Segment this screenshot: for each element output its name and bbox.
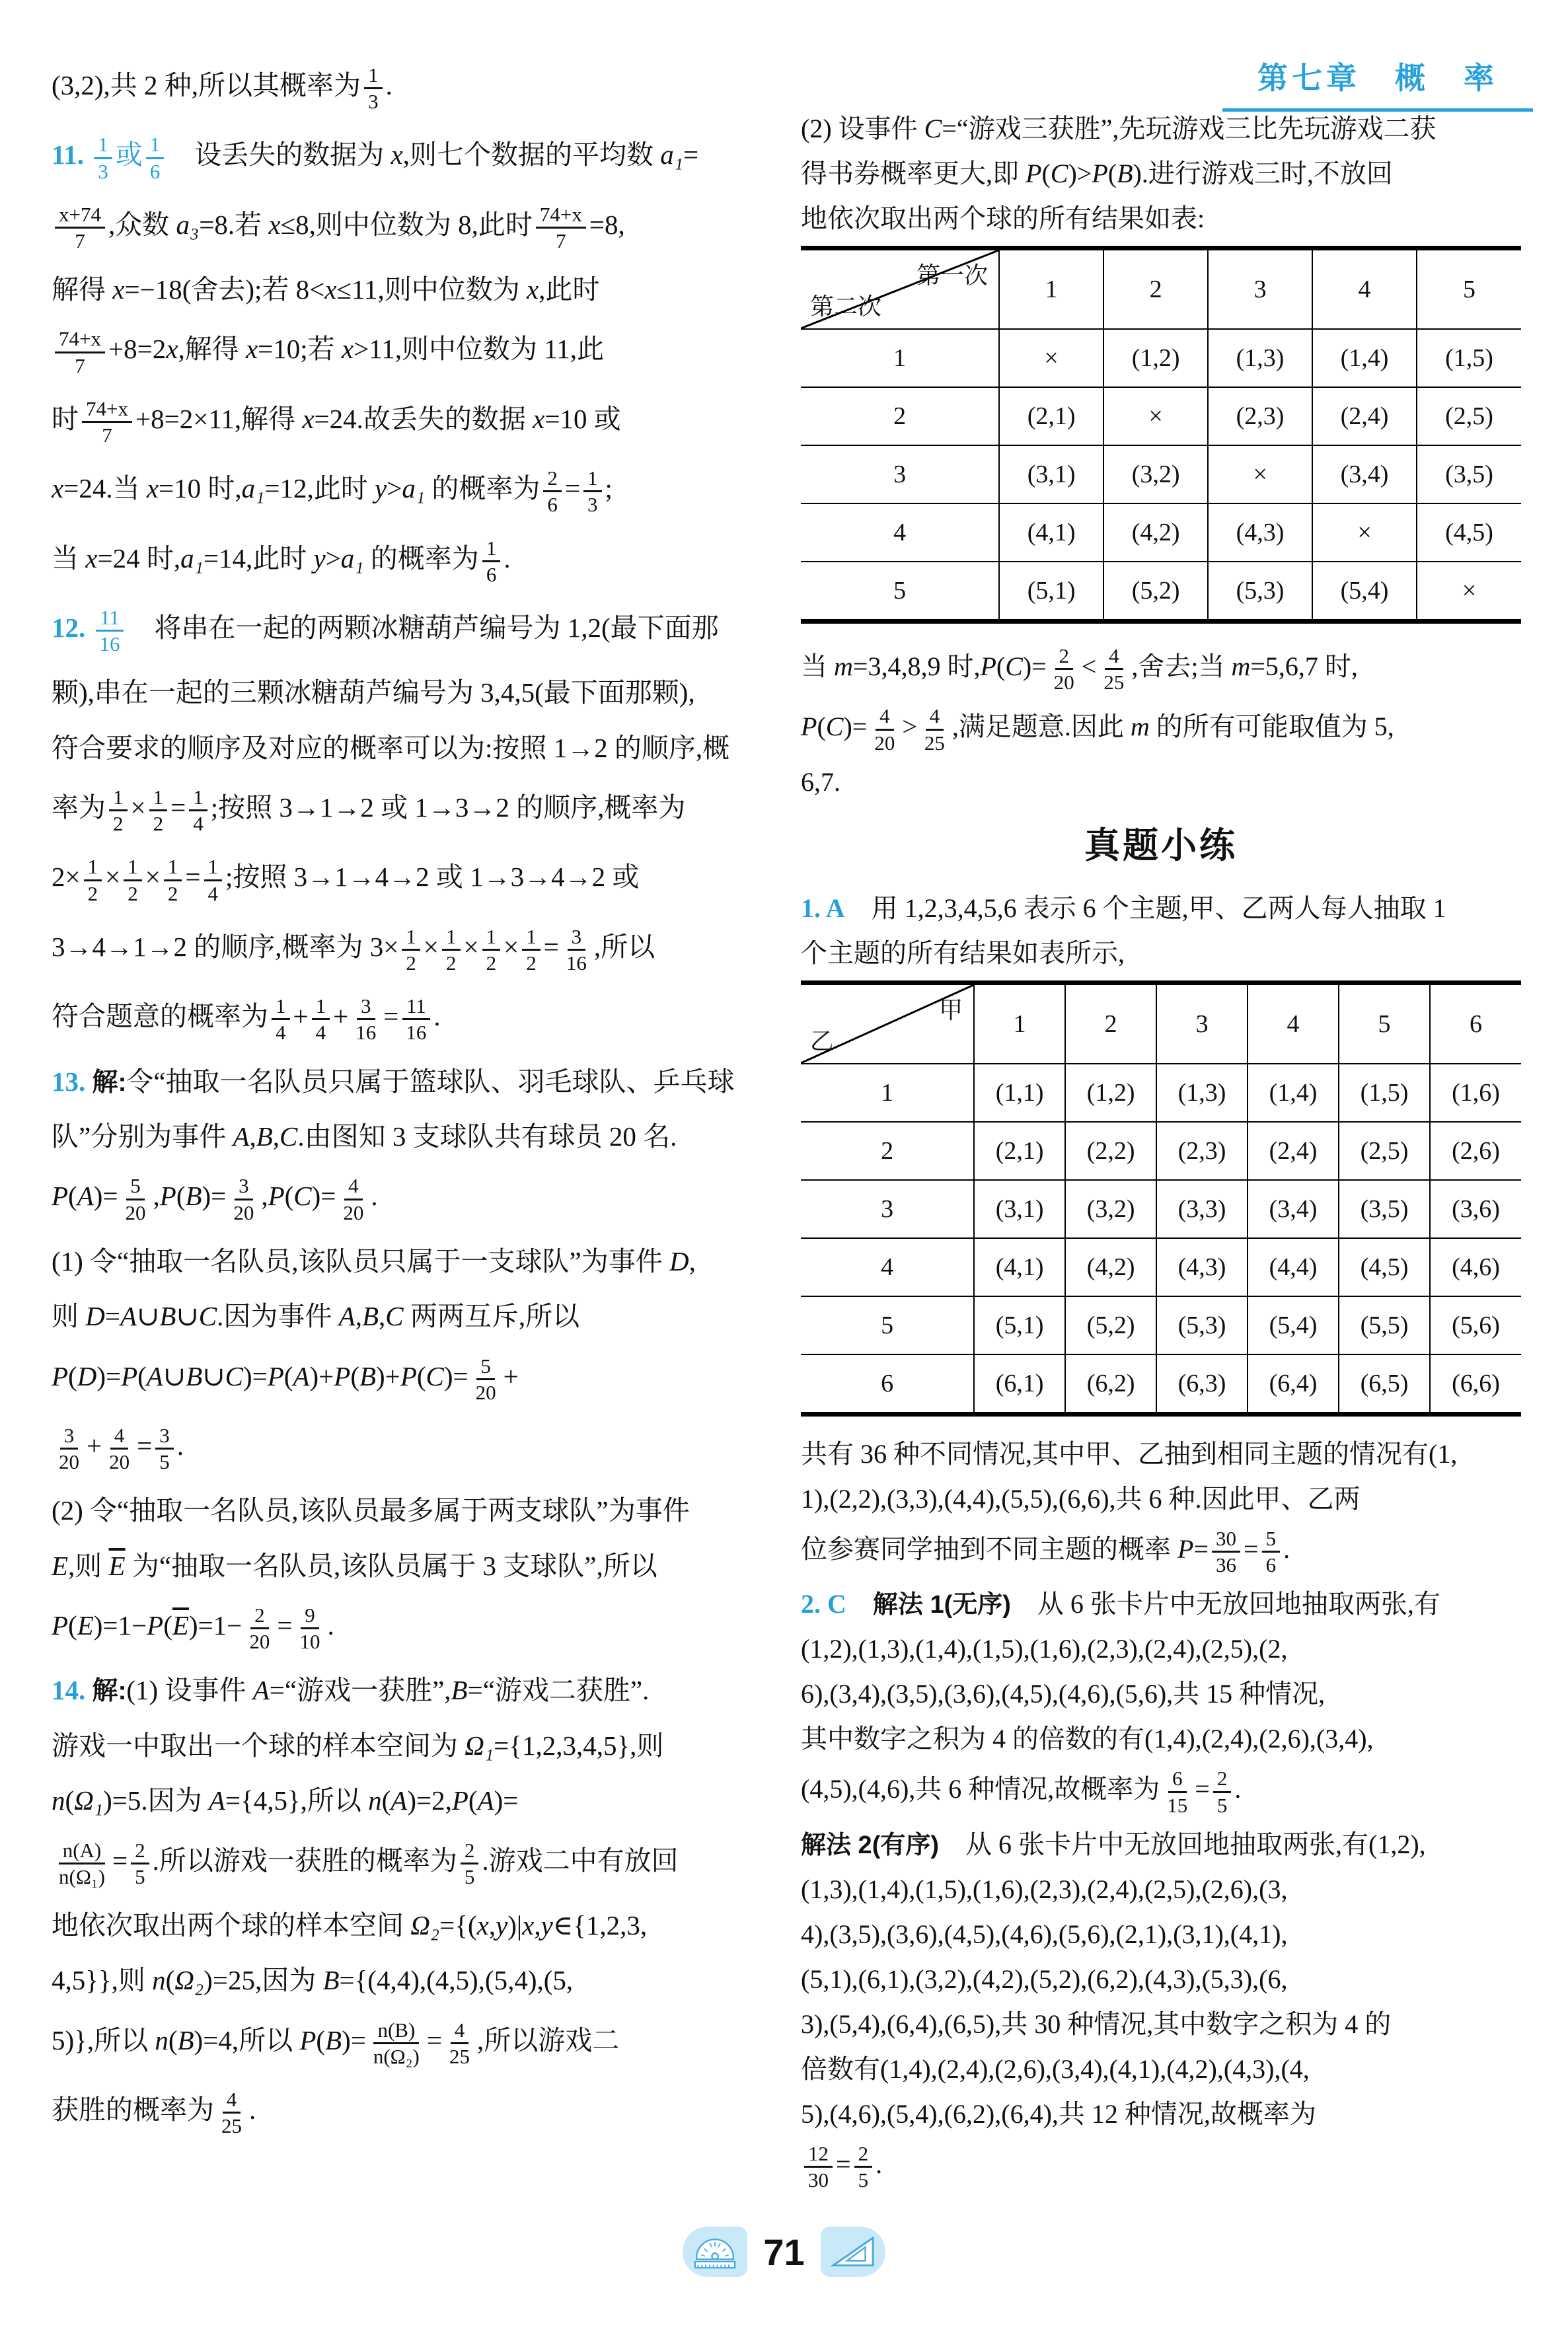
outcome-cell: (3,3) <box>1156 1180 1248 1238</box>
fraction: 320 <box>229 1173 258 1224</box>
text-segment: ∪ <box>163 1361 186 1391</box>
text-segment: 5)},所以 <box>52 2025 155 2055</box>
text-segment: >11,则中位数为 11,此 <box>354 334 604 365</box>
math-text: E <box>77 1610 94 1641</box>
text-segment: , <box>273 1121 280 1152</box>
text-segment: )= <box>96 1361 121 1391</box>
outcome-cell: (6,6) <box>1430 1354 1521 1415</box>
text-segment: (2) 设事件 <box>801 114 924 143</box>
text-segment: 位参赛同学抽到不同主题的概率 <box>801 1534 1177 1564</box>
outcome-cell: (2,4) <box>1312 387 1417 445</box>
fraction: 316 <box>562 924 591 975</box>
math-text: P <box>147 1610 163 1641</box>
text-line: x+747,众数 a₃=8.若 x≤8,则中位数为 8,此时74+x7=8, <box>52 202 768 253</box>
outcome-cell: (5,1) <box>999 562 1103 622</box>
outcome-cell: (6,1) <box>974 1354 1065 1415</box>
math-text: B <box>325 2025 342 2055</box>
math-text: B <box>256 1121 273 1152</box>
text-segment: =“游戏二获胜”. <box>468 1675 650 1705</box>
text-line: 则 D=A∪B∪C.因为事件 A,B,C 两两互斥,所以 <box>52 1298 768 1335</box>
right-column: (2) 设事件 C=“游戏三获胜”,先玩游戏三比先玩游戏二获得书券概率更大,即 … <box>801 111 1521 2201</box>
text-segment: 3→4→1→2 的顺序,概率为 3× <box>52 932 398 962</box>
fraction: 74+x7 <box>82 396 132 447</box>
text-segment: .游戏二中有放回 <box>482 1845 678 1876</box>
text-line: 当 x=24 时,a₁=14,此时 y>a₁ 的概率为16. <box>52 536 768 587</box>
text-segment: )= <box>843 712 867 741</box>
text-segment: =“游戏三获胜”,先玩游戏三比先玩游戏二获 <box>942 114 1436 143</box>
math-text: x <box>342 334 354 365</box>
corner-top-label: 第一次 <box>916 257 988 291</box>
text-segment: ={1,2,3,4,5},则 <box>494 1730 663 1761</box>
fraction: 35 <box>155 1423 174 1474</box>
text-segment: )=1− <box>94 1610 147 1641</box>
math-text: P <box>452 1785 468 1816</box>
text-line: 4),(3,5),(3,6),(4,5),(4,6),(5,6),(2,1),(… <box>801 1917 1521 1952</box>
fraction: 74+x7 <box>536 202 586 253</box>
text-segment: 游戏一中取出一个球的样本空间为 <box>52 1730 465 1761</box>
text-line: (4,5),(4,6),共 6 种情况,故概率为615=25. <box>801 1766 1521 1817</box>
triangle-ruler-icon <box>821 2227 885 2277</box>
text-segment: ( <box>166 1965 175 1995</box>
outcome-cell: (5,2) <box>1103 562 1208 622</box>
text-segment: ( <box>316 2025 325 2055</box>
column-header: 4 <box>1248 982 1339 1064</box>
outcome-cell: (2,2) <box>1065 1122 1156 1180</box>
text-segment: )| <box>507 1910 522 1940</box>
outcome-cell: (2,1) <box>974 1122 1065 1180</box>
text-segment: 其中数字之积为 4 的倍数的有(1,4),(2,4),(2,6),(3,4), <box>801 1724 1374 1753</box>
protractor-icon <box>683 2227 747 2277</box>
math-text: A <box>293 1361 309 1391</box>
text-segment: )= <box>202 1181 227 1212</box>
math-text: D <box>669 1246 689 1276</box>
text-segment: 令“抽取一名队员只属于篮球队、羽毛球队、乒乓球 <box>126 1066 734 1097</box>
outcome-cell: (3,2) <box>1065 1180 1156 1238</box>
text-segment: < <box>1082 651 1097 681</box>
text-segment: 个主题的所有结果如表所示, <box>801 938 1125 968</box>
text-segment: > <box>387 473 402 503</box>
text-line: 颗),串在一起的三颗冰糖葫芦编号为 3,4,5(最下面那颗), <box>52 675 768 711</box>
fraction: 3036 <box>1212 1526 1240 1577</box>
text-segment: .因为事件 <box>217 1301 339 1331</box>
outcome-cell: × <box>999 329 1103 387</box>
text-segment: = <box>1195 1774 1210 1804</box>
text-segment: 两两互斥,所以 <box>404 1301 580 1331</box>
math-text: x <box>112 274 124 305</box>
text-segment: 解法 1(无序) <box>873 1591 1011 1619</box>
text-segment: 14. <box>52 1675 85 1705</box>
table-row: 2(2,1)(2,2)(2,3)(2,4)(2,5)(2,6) <box>801 1122 1521 1180</box>
outcome-cell: (1,5) <box>1417 329 1521 387</box>
text-segment: = <box>383 1001 398 1031</box>
text-segment: )> <box>1068 159 1092 188</box>
text-segment: × <box>464 932 479 962</box>
row-header: 3 <box>801 445 999 503</box>
text-line: 3→4→1→2 的顺序,概率为 3×12×12×12×12=316,所以 <box>52 924 768 975</box>
text-line: 4,5}},则 n(Ω₂)=25,因为 B={(4,4),(4,5),(5,4)… <box>52 1962 768 1999</box>
column-header: 5 <box>1417 248 1521 330</box>
outcome-cell: (5,2) <box>1065 1296 1156 1354</box>
outcome-cell: (3,5) <box>1339 1180 1430 1238</box>
text-segment: × <box>105 862 120 893</box>
text-segment: (3,2),共 2 种,所以其概率为 <box>52 70 361 100</box>
text-segment: × <box>504 932 519 962</box>
fraction: 12 <box>84 854 102 905</box>
outcome-cell: (3,6) <box>1430 1180 1521 1238</box>
math-text: D <box>85 1301 105 1331</box>
text-segment: (1) 设事件 <box>126 1675 252 1705</box>
text-segment: )= <box>94 1181 118 1212</box>
table-row: 4(4,1)(4,2)(4,3)(4,4)(4,5)(4,6) <box>801 1238 1521 1296</box>
text-segment: ={4,5},所以 <box>225 1785 368 1816</box>
text-segment: = <box>105 1301 120 1331</box>
math-text: a₃ <box>176 209 199 240</box>
math-text: P <box>1177 1534 1193 1564</box>
outcome-cell: (3,1) <box>974 1180 1065 1238</box>
math-text: n <box>152 1965 166 1995</box>
table-row: 6(6,1)(6,2)(6,3)(6,4)(6,5)(6,6) <box>801 1354 1521 1415</box>
text-segment: 共有 36 种不同情况,其中甲、乙抽到相同主题的情况有(1, <box>801 1439 1457 1469</box>
text-segment: ( <box>817 712 825 741</box>
outcome-cell: (2,1) <box>999 387 1103 445</box>
text-segment: ( <box>65 1785 75 1816</box>
math-text: Ω₂ <box>174 1965 204 1995</box>
text-segment: 设丢失的数据为 <box>167 139 391 170</box>
math-text: B <box>362 1301 379 1331</box>
text-segment: )=4,所以 <box>194 2025 300 2055</box>
math-text: B <box>159 1301 176 1331</box>
text-line: (1) 令“抽取一名队员,该队员只属于一支球队”为事件 D, <box>52 1243 768 1280</box>
fraction: 12 <box>164 854 182 905</box>
table-row: 5(5,1)(5,2)(5,3)(5,4)(5,5)(5,6) <box>801 1296 1521 1354</box>
text-segment: (1,2),(1,3),(1,4),(1,5),(1,6),(2,3),(2,4… <box>801 1634 1287 1664</box>
math-text: P <box>980 651 996 681</box>
math-text: P <box>1092 159 1107 188</box>
fraction: 26 <box>543 466 562 517</box>
text-segment: = <box>1193 1534 1209 1564</box>
text-segment: =24 时, <box>97 543 180 573</box>
text-segment: 或 <box>116 139 143 170</box>
text-line: 5)},所以 n(B)=4,所以 P(B)=n(B)n(Ω₂)=425,所以游戏… <box>52 2018 768 2069</box>
text-segment: ∪ <box>202 1361 225 1391</box>
text-segment: =10 或 <box>544 404 620 434</box>
text-segment: × <box>131 792 146 823</box>
math-text: C <box>199 1301 217 1331</box>
outcome-cell: (4,2) <box>1103 503 1208 562</box>
column-header: 1 <box>974 982 1065 1064</box>
outcome-cell: (2,5) <box>1417 387 1521 445</box>
fraction: 425 <box>445 2018 474 2069</box>
text-segment: +8=2×11,解得 <box>135 404 302 434</box>
outcome-cell: (1,3) <box>1156 1064 1248 1122</box>
math-text: a₁ <box>341 543 364 573</box>
text-segment: ( <box>1041 159 1050 188</box>
math-text: x <box>527 274 539 305</box>
text-segment: 用 1,2,3,4,5,6 表示 6 个主题,甲、乙两人每人抽取 1 <box>845 893 1446 923</box>
text-segment: ={(4,4),(4,5),(5,4),(5, <box>340 1965 574 1995</box>
text-segment: = <box>544 932 559 962</box>
text-segment: 2. C <box>801 1589 846 1619</box>
outcome-cell: (3,4) <box>1312 445 1417 503</box>
math-text: E <box>109 1551 126 1581</box>
math-text: m <box>1231 651 1250 681</box>
row-header: 4 <box>801 503 999 562</box>
text-line: (5,1),(6,1),(3,2),(4,2),(5,2),(6,2),(4,3… <box>801 1962 1521 1997</box>
text-line: (1,3),(1,4),(1,5),(1,6),(2,3),(2,4),(2,5… <box>801 1872 1521 1907</box>
text-segment: 地依次取出两个球的所有结果如表: <box>801 203 1205 233</box>
math-text: C <box>924 114 942 143</box>
math-text: C <box>426 1361 444 1391</box>
table-row: 1(1,1)(1,2)(1,3)(1,4)(1,5)(1,6) <box>801 1064 1521 1122</box>
column-header: 3 <box>1208 248 1312 330</box>
math-text: C <box>1051 159 1068 188</box>
math-text: P <box>52 1181 68 1212</box>
text-segment: 解: <box>93 1677 127 1705</box>
fraction: 12 <box>124 854 142 905</box>
math-text: y <box>313 543 325 573</box>
row-header: 4 <box>801 1238 974 1296</box>
text-segment: (5,1),(6,1),(3,2),(4,2),(5,2),(6,2),(4,3… <box>801 1964 1287 1994</box>
text-segment: + <box>333 1001 348 1031</box>
column-header: 2 <box>1103 248 1208 330</box>
text-segment: .所以游戏一获胜的概率为 <box>153 1845 457 1876</box>
text-segment: = <box>1244 1534 1259 1564</box>
outcome-table-themes: 甲乙1234561(1,1)(1,2)(1,3)(1,4)(1,5)(1,6)2… <box>801 980 1521 1417</box>
text-line: 队”分别为事件 A,B,C.由图知 3 支球队共有球员 20 名. <box>52 1119 768 1155</box>
text-segment: =8, <box>589 209 625 240</box>
text-segment: + <box>293 1001 309 1031</box>
math-text: A <box>391 1785 407 1816</box>
fraction: 12 <box>482 924 501 975</box>
fraction: n(B)n(Ω₂) <box>369 2018 424 2069</box>
text-segment: ,则 <box>68 1551 109 1581</box>
text-segment: ,满足题意.因此 <box>952 712 1131 741</box>
text-segment: ≤8,则中位数为 8,此时 <box>281 209 533 240</box>
text-segment: . <box>177 1430 184 1461</box>
math-text: Ω₁ <box>74 1785 103 1816</box>
math-text: x <box>85 543 97 573</box>
text-line: 11. 13或16 设丢失的数据为 x,则七个数据的平均数 a₁= <box>52 132 768 183</box>
outcome-table: 第一次第二次123451×(1,2)(1,3)(1,4)(1,5)2(2,1)×… <box>801 246 1521 624</box>
text-line: n(Ω₁)=5.因为 A={4,5},所以 n(A)=2,P(A)= <box>52 1783 768 1819</box>
math-text: B <box>186 1361 202 1391</box>
text-line: 12. 1116 将串在一起的两颗冰糖葫芦编号为 1,2(最下面那 <box>52 605 768 656</box>
math-text: x <box>391 139 403 170</box>
outcome-cell: (6,5) <box>1339 1354 1430 1415</box>
outcome-cell: (2,3) <box>1208 387 1312 445</box>
fraction: 14 <box>189 785 207 836</box>
outcome-cell: (1,5) <box>1339 1064 1430 1122</box>
outcome-cell: (4,6) <box>1430 1238 1521 1296</box>
text-line: 74+x7+8=2x,解得 x=10;若 x>11,则中位数为 11,此 <box>52 326 768 377</box>
outcome-cell: (6,4) <box>1248 1354 1339 1415</box>
math-text: P <box>334 1361 350 1391</box>
math-text: P <box>52 1610 68 1641</box>
text-segment: 率为 <box>52 792 106 823</box>
text-line: 解法 2(有序) 从 6 张卡片中无放回地抽取两张,有(1,2), <box>801 1827 1521 1863</box>
outcome-cell: (5,3) <box>1208 562 1312 622</box>
text-line: 13. 解:令“抽取一名队员只属于篮球队、羽毛球队、乒乓球 <box>52 1064 768 1101</box>
text-line: 6),(3,4),(3,5),(3,6),(4,5),(4,6),(5,6),共… <box>801 1676 1521 1712</box>
math-text: x <box>324 274 336 305</box>
text-segment: 队”分别为事件 <box>52 1121 233 1152</box>
row-header: 6 <box>801 1354 974 1415</box>
text-segment: =“游戏一获胜”, <box>270 1675 451 1705</box>
text-segment: )=1− <box>189 1610 242 1641</box>
fraction: 420 <box>870 704 899 755</box>
text-segment: . <box>386 70 392 100</box>
text-segment: ≤11,则中位数为 <box>336 274 526 305</box>
text-segment: = <box>185 862 200 893</box>
row-header: 3 <box>801 1180 974 1238</box>
text-segment: , <box>250 1121 256 1152</box>
text-segment: )= <box>312 1181 336 1212</box>
table-row: 5(5,1)(5,2)(5,3)(5,4)× <box>801 562 1521 622</box>
text-segment: )= <box>444 1361 468 1391</box>
text-segment: 为“抽取一名队员,该队员属于 3 支球队”,所以 <box>126 1551 657 1581</box>
text-segment: ,此时 <box>539 274 599 305</box>
text-segment: 符合题意的概率为 <box>52 1001 268 1031</box>
text-segment: =24.故丢失的数据 <box>315 404 533 434</box>
text-segment <box>85 612 92 643</box>
math-text: A <box>478 1785 494 1816</box>
text-segment: ( <box>176 1181 186 1212</box>
math-text: Ω₂ <box>410 1910 439 1940</box>
text-segment: + <box>87 1430 102 1461</box>
math-text: B <box>1117 159 1133 188</box>
text-segment: . <box>327 1610 334 1641</box>
math-text: C <box>1005 651 1023 681</box>
text-segment: ;按照 3→1→2 或 1→3→2 的顺序,概率为 <box>211 792 686 823</box>
left-column: (3,2),共 2 种,所以其概率为13.11. 13或16 设丢失的数据为 x… <box>52 63 768 2157</box>
text-segment: ,解得 <box>178 334 246 365</box>
outcome-cell: (1,6) <box>1430 1064 1521 1122</box>
math-text: m <box>834 651 853 681</box>
text-segment: 当 <box>52 543 85 573</box>
text-segment: = <box>683 139 698 170</box>
text-segment: = <box>112 1845 128 1876</box>
outcome-cell: (1,4) <box>1248 1064 1339 1122</box>
math-text: a₁ <box>402 473 425 503</box>
text-segment: )+ <box>310 1361 334 1391</box>
text-segment: ( <box>382 1785 391 1816</box>
fraction: n(A)n(Ω₁) <box>55 1838 109 1889</box>
outcome-cell: (1,1) <box>974 1064 1065 1122</box>
corner-top-label: 甲 <box>939 992 963 1025</box>
math-text: A <box>120 1301 137 1331</box>
text-line: 14. 解:(1) 设事件 A=“游戏一获胜”,B=“游戏二获胜”. <box>52 1672 768 1709</box>
column-header: 2 <box>1065 982 1156 1064</box>
math-text: C <box>293 1181 311 1212</box>
outcome-cell: (3,5) <box>1417 445 1521 503</box>
text-line: (3,2),共 2 种,所以其概率为13. <box>52 63 768 114</box>
text-line: 倍数有(1,4),(2,4),(2,6),(3,4),(4,1),(4,2),(… <box>801 2051 1521 2087</box>
math-text: x <box>147 473 159 503</box>
math-text: D <box>77 1361 97 1391</box>
text-segment: ;按照 3→1→4→2 或 1→3→4→2 或 <box>225 862 639 893</box>
outcome-cell: (2,5) <box>1339 1122 1430 1180</box>
fraction: 420 <box>339 1173 367 1224</box>
outcome-cell: (5,1) <box>974 1296 1065 1354</box>
math-text: C <box>385 1301 403 1331</box>
text-segment: 6),(3,4),(3,5),(3,6),(4,5),(4,6),(5,6),共… <box>801 1679 1325 1709</box>
corner-bottom-label: 第二次 <box>810 288 881 322</box>
text-line: n(A)n(Ω₁)=25.所以游戏一获胜的概率为25.游戏二中有放回 <box>52 1838 768 1889</box>
outcome-cell: (4,3) <box>1156 1238 1248 1296</box>
fraction: 14 <box>312 994 330 1045</box>
math-text: P <box>1026 159 1041 188</box>
fraction: 25 <box>131 1838 149 1889</box>
text-segment: ).进行游戏三时,不放回 <box>1133 159 1393 188</box>
outcome-cell: (4,5) <box>1417 503 1521 562</box>
text-segment: , <box>355 1301 362 1331</box>
table-row: 4(4,1)(4,2)(4,3)×(4,5) <box>801 503 1521 562</box>
math-text: C <box>280 1121 297 1152</box>
outcome-cell: (6,3) <box>1156 1354 1248 1415</box>
text-line: x=24.当 x=10 时,a₁=12,此时 y>a₁ 的概率为26=13; <box>52 466 768 517</box>
text-segment: =5,6,7 时, <box>1250 651 1358 681</box>
text-segment: ( <box>137 1361 147 1391</box>
text-segment: 1),(2,2),(3,3),(4,4),(5,5),(6,6),共 6 种.因… <box>801 1484 1361 1514</box>
math-text: y <box>541 1910 553 1940</box>
fraction: 25 <box>1213 1766 1232 1817</box>
text-segment: =10 时, <box>159 473 242 503</box>
math-text: P <box>52 1361 68 1391</box>
text-segment: 5),(4,6),(5,4),(6,2),(6,4),共 12 种情况,故概率为 <box>801 2099 1316 2129</box>
text-segment: )= <box>1023 651 1047 681</box>
text-segment: 得书券概率更大,即 <box>801 159 1026 188</box>
text-segment: 13. <box>52 1066 85 1097</box>
text-line: 320+420=35. <box>52 1423 768 1474</box>
text-segment: 解得 <box>52 274 112 305</box>
text-segment: (2) 令“抽取一名队员,该队员最多属于两支球队”为事件 <box>52 1495 690 1526</box>
math-text: x <box>522 1910 534 1940</box>
text-segment: 从 6 张卡片中无放回地抽取两张,有(1,2), <box>939 1829 1426 1859</box>
math-text: P <box>299 2025 316 2055</box>
text-segment: 2× <box>52 862 81 893</box>
outcome-cell: (2,3) <box>1156 1122 1248 1180</box>
text-segment: 当 <box>801 651 834 681</box>
text-segment: =24.当 <box>63 473 147 503</box>
fraction: 1230 <box>804 2141 833 2192</box>
fraction: 220 <box>245 1603 274 1654</box>
math-text: C <box>225 1361 243 1391</box>
text-segment: =10;若 <box>258 334 342 365</box>
outcome-cell: (4,1) <box>974 1238 1065 1296</box>
fraction: 12 <box>149 785 168 836</box>
text-line: 2. C 解法 1(无序) 从 6 张卡片中无放回地抽取两张,有 <box>801 1586 1521 1622</box>
fraction: 12 <box>109 785 128 836</box>
fraction: 13 <box>583 466 602 517</box>
text-segment: ,则七个数据的平均数 <box>403 139 661 170</box>
text-line: 解得 x=−18(舍去);若 8<x≤11,则中位数为 x,此时 <box>52 272 768 308</box>
outcome-cell: (1,3) <box>1208 329 1312 387</box>
column-header: 6 <box>1430 982 1521 1064</box>
text-line: 符合要求的顺序及对应的概率可以为:按照 1→2 的顺序,概 <box>52 730 768 766</box>
fraction: 74+x7 <box>55 326 105 377</box>
outcome-cell: × <box>1208 445 1312 503</box>
text-line: 个主题的所有结果如表所示, <box>801 936 1521 971</box>
text-segment: 解法 2(有序) <box>801 1831 939 1859</box>
outcome-cell: (1,4) <box>1312 329 1417 387</box>
text-line: 其中数字之积为 4 的倍数的有(1,4),(2,4),(2,6),(3,4), <box>801 1721 1521 1757</box>
table-row: 3(3,1)(3,2)×(3,4)(3,5) <box>801 445 1521 503</box>
text-segment: > <box>902 712 917 741</box>
fraction: 16 <box>482 536 501 587</box>
text-line: 1. A 用 1,2,3,4,5,6 表示 6 个主题,甲、乙两人每人抽取 1 <box>801 891 1521 926</box>
text-line: 符合题意的概率为14+14+316=1116. <box>52 994 768 1045</box>
text-line: E,则 E 为“抽取一名队员,该队员属于 3 支球队”,所以 <box>52 1548 768 1584</box>
